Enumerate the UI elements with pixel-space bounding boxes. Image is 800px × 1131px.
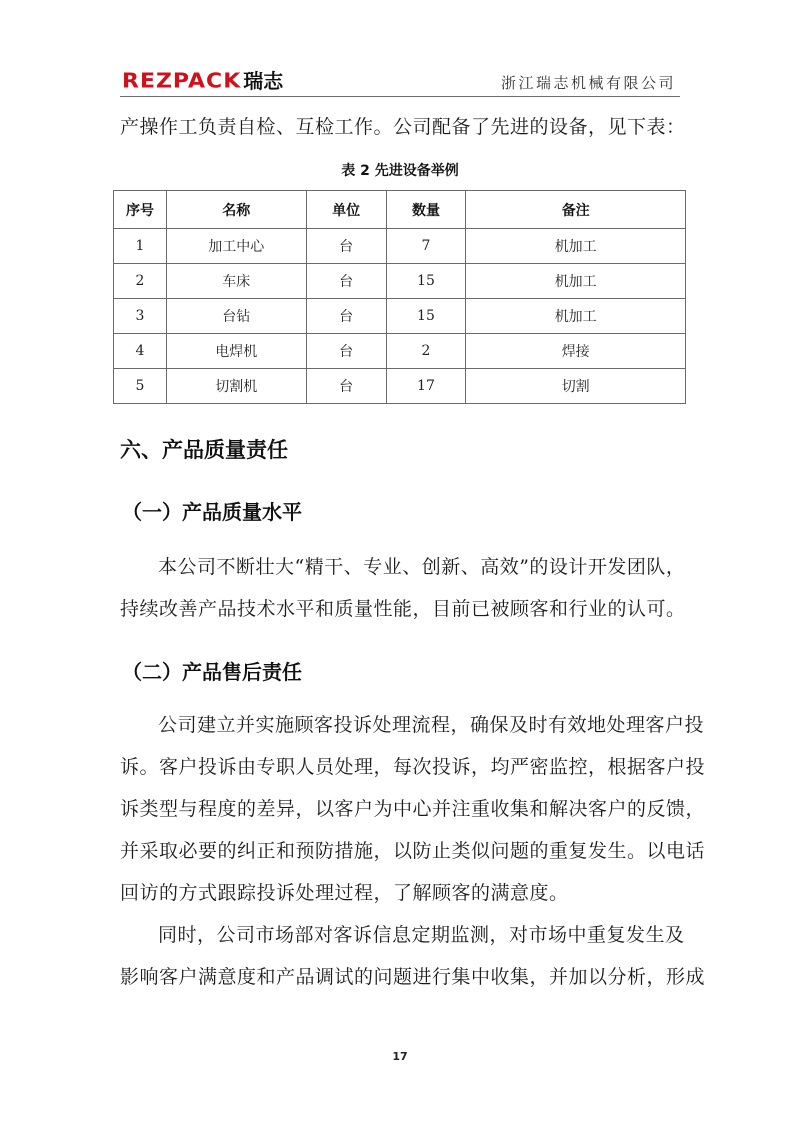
page-number: 17 xyxy=(0,1050,800,1063)
column-header-index: 序号 xyxy=(114,191,167,229)
text-line: 诉类型与程度的差异，以客户为中心并注重收集和解决客户的反馈， xyxy=(120,788,686,830)
text-line: 持续改善产品技术水平和质量性能，目前已被顾客和行业的认可。 xyxy=(120,588,686,630)
cell-remark: 机加工 xyxy=(466,264,686,299)
cell-name: 电焊机 xyxy=(166,334,306,369)
cell-index: 1 xyxy=(114,229,167,264)
text-line: 本公司不断壮大“精干、专业、创新、高效”的设计开发团队， xyxy=(120,546,686,588)
text-line: 同时，公司市场部对客诉信息定期监测，对市场中重复发生及 xyxy=(120,914,686,956)
text-line: 回访的方式跟踪投诉处理过程，了解顾客的满意度。 xyxy=(120,872,686,914)
after-sales-paragraph-2: 同时，公司市场部对客诉信息定期监测，对市场中重复发生及 影响客户满意度和产品调试… xyxy=(120,914,686,998)
cell-name: 切割机 xyxy=(166,369,306,404)
table-row: 3 台钻 台 15 机加工 xyxy=(114,299,686,334)
cell-name: 车床 xyxy=(166,264,306,299)
cell-quantity: 7 xyxy=(386,229,466,264)
text-line: 产操作工负责自检、互检工作。公司配备了先进的设备，见下表： xyxy=(120,106,686,148)
cell-unit: 台 xyxy=(306,299,386,334)
cell-quantity: 15 xyxy=(386,264,466,299)
cell-unit: 台 xyxy=(306,334,386,369)
text-line: 影响客户满意度和产品调试的问题进行集中收集，并加以分析，形成 xyxy=(120,956,686,998)
cell-index: 4 xyxy=(114,334,167,369)
column-header-remark: 备注 xyxy=(466,191,686,229)
cell-remark: 切割 xyxy=(466,369,686,404)
intro-paragraph: 产操作工负责自检、互检工作。公司配备了先进的设备，见下表： xyxy=(120,106,686,148)
equipment-table: 序号 名称 单位 数量 备注 1 加工中心 台 7 机加工 2 车床 台 15 … xyxy=(113,190,686,404)
cell-remark: 机加工 xyxy=(466,229,686,264)
table-header-row: 序号 名称 单位 数量 备注 xyxy=(114,191,686,229)
column-header-name: 名称 xyxy=(166,191,306,229)
cell-index: 2 xyxy=(114,264,167,299)
table-row: 1 加工中心 台 7 机加工 xyxy=(114,229,686,264)
quality-level-paragraph: 本公司不断壮大“精干、专业、创新、高效”的设计开发团队， 持续改善产品技术水平和… xyxy=(120,546,686,630)
logo-chinese-text: 瑞志 xyxy=(243,65,283,94)
table-row: 2 车床 台 15 机加工 xyxy=(114,264,686,299)
cell-index: 5 xyxy=(114,369,167,404)
cell-quantity: 15 xyxy=(386,299,466,334)
cell-index: 3 xyxy=(114,299,167,334)
cell-unit: 台 xyxy=(306,229,386,264)
table-row: 5 切割机 台 17 切割 xyxy=(114,369,686,404)
cell-quantity: 2 xyxy=(386,334,466,369)
subsection-heading-quality-level: （一）产品质量水平 xyxy=(122,496,302,525)
section-heading: 六、产品质量责任 xyxy=(120,434,288,464)
cell-unit: 台 xyxy=(306,264,386,299)
text-line: 公司建立并实施顾客投诉处理流程，确保及时有效地处理客户投 xyxy=(120,704,686,746)
rezpack-logo: REZPACK 瑞志 xyxy=(122,65,283,94)
column-header-quantity: 数量 xyxy=(386,191,466,229)
cell-quantity: 17 xyxy=(386,369,466,404)
table-row: 4 电焊机 台 2 焊接 xyxy=(114,334,686,369)
table-caption: 表 2 先进设备举例 xyxy=(0,160,800,180)
cell-unit: 台 xyxy=(306,369,386,404)
cell-remark: 焊接 xyxy=(466,334,686,369)
cell-remark: 机加工 xyxy=(466,299,686,334)
column-header-unit: 单位 xyxy=(306,191,386,229)
cell-name: 台钻 xyxy=(166,299,306,334)
text-line: 诉。客户投诉由专职人员处理，每次投诉，均严密监控，根据客户投 xyxy=(120,746,686,788)
subsection-heading-after-sales: （二）产品售后责任 xyxy=(122,656,302,685)
cell-name: 加工中心 xyxy=(166,229,306,264)
after-sales-paragraph-1: 公司建立并实施顾客投诉处理流程，确保及时有效地处理客户投 诉。客户投诉由专职人员… xyxy=(120,704,686,914)
logo-latin-text: REZPACK xyxy=(122,70,241,93)
company-name: 浙江瑞志机械有限公司 xyxy=(501,72,676,93)
text-line: 并采取必要的纠正和预防措施，以防止类似问题的重复发生。以电话 xyxy=(120,830,686,872)
page-header: REZPACK 瑞志 浙江瑞志机械有限公司 xyxy=(120,62,680,97)
